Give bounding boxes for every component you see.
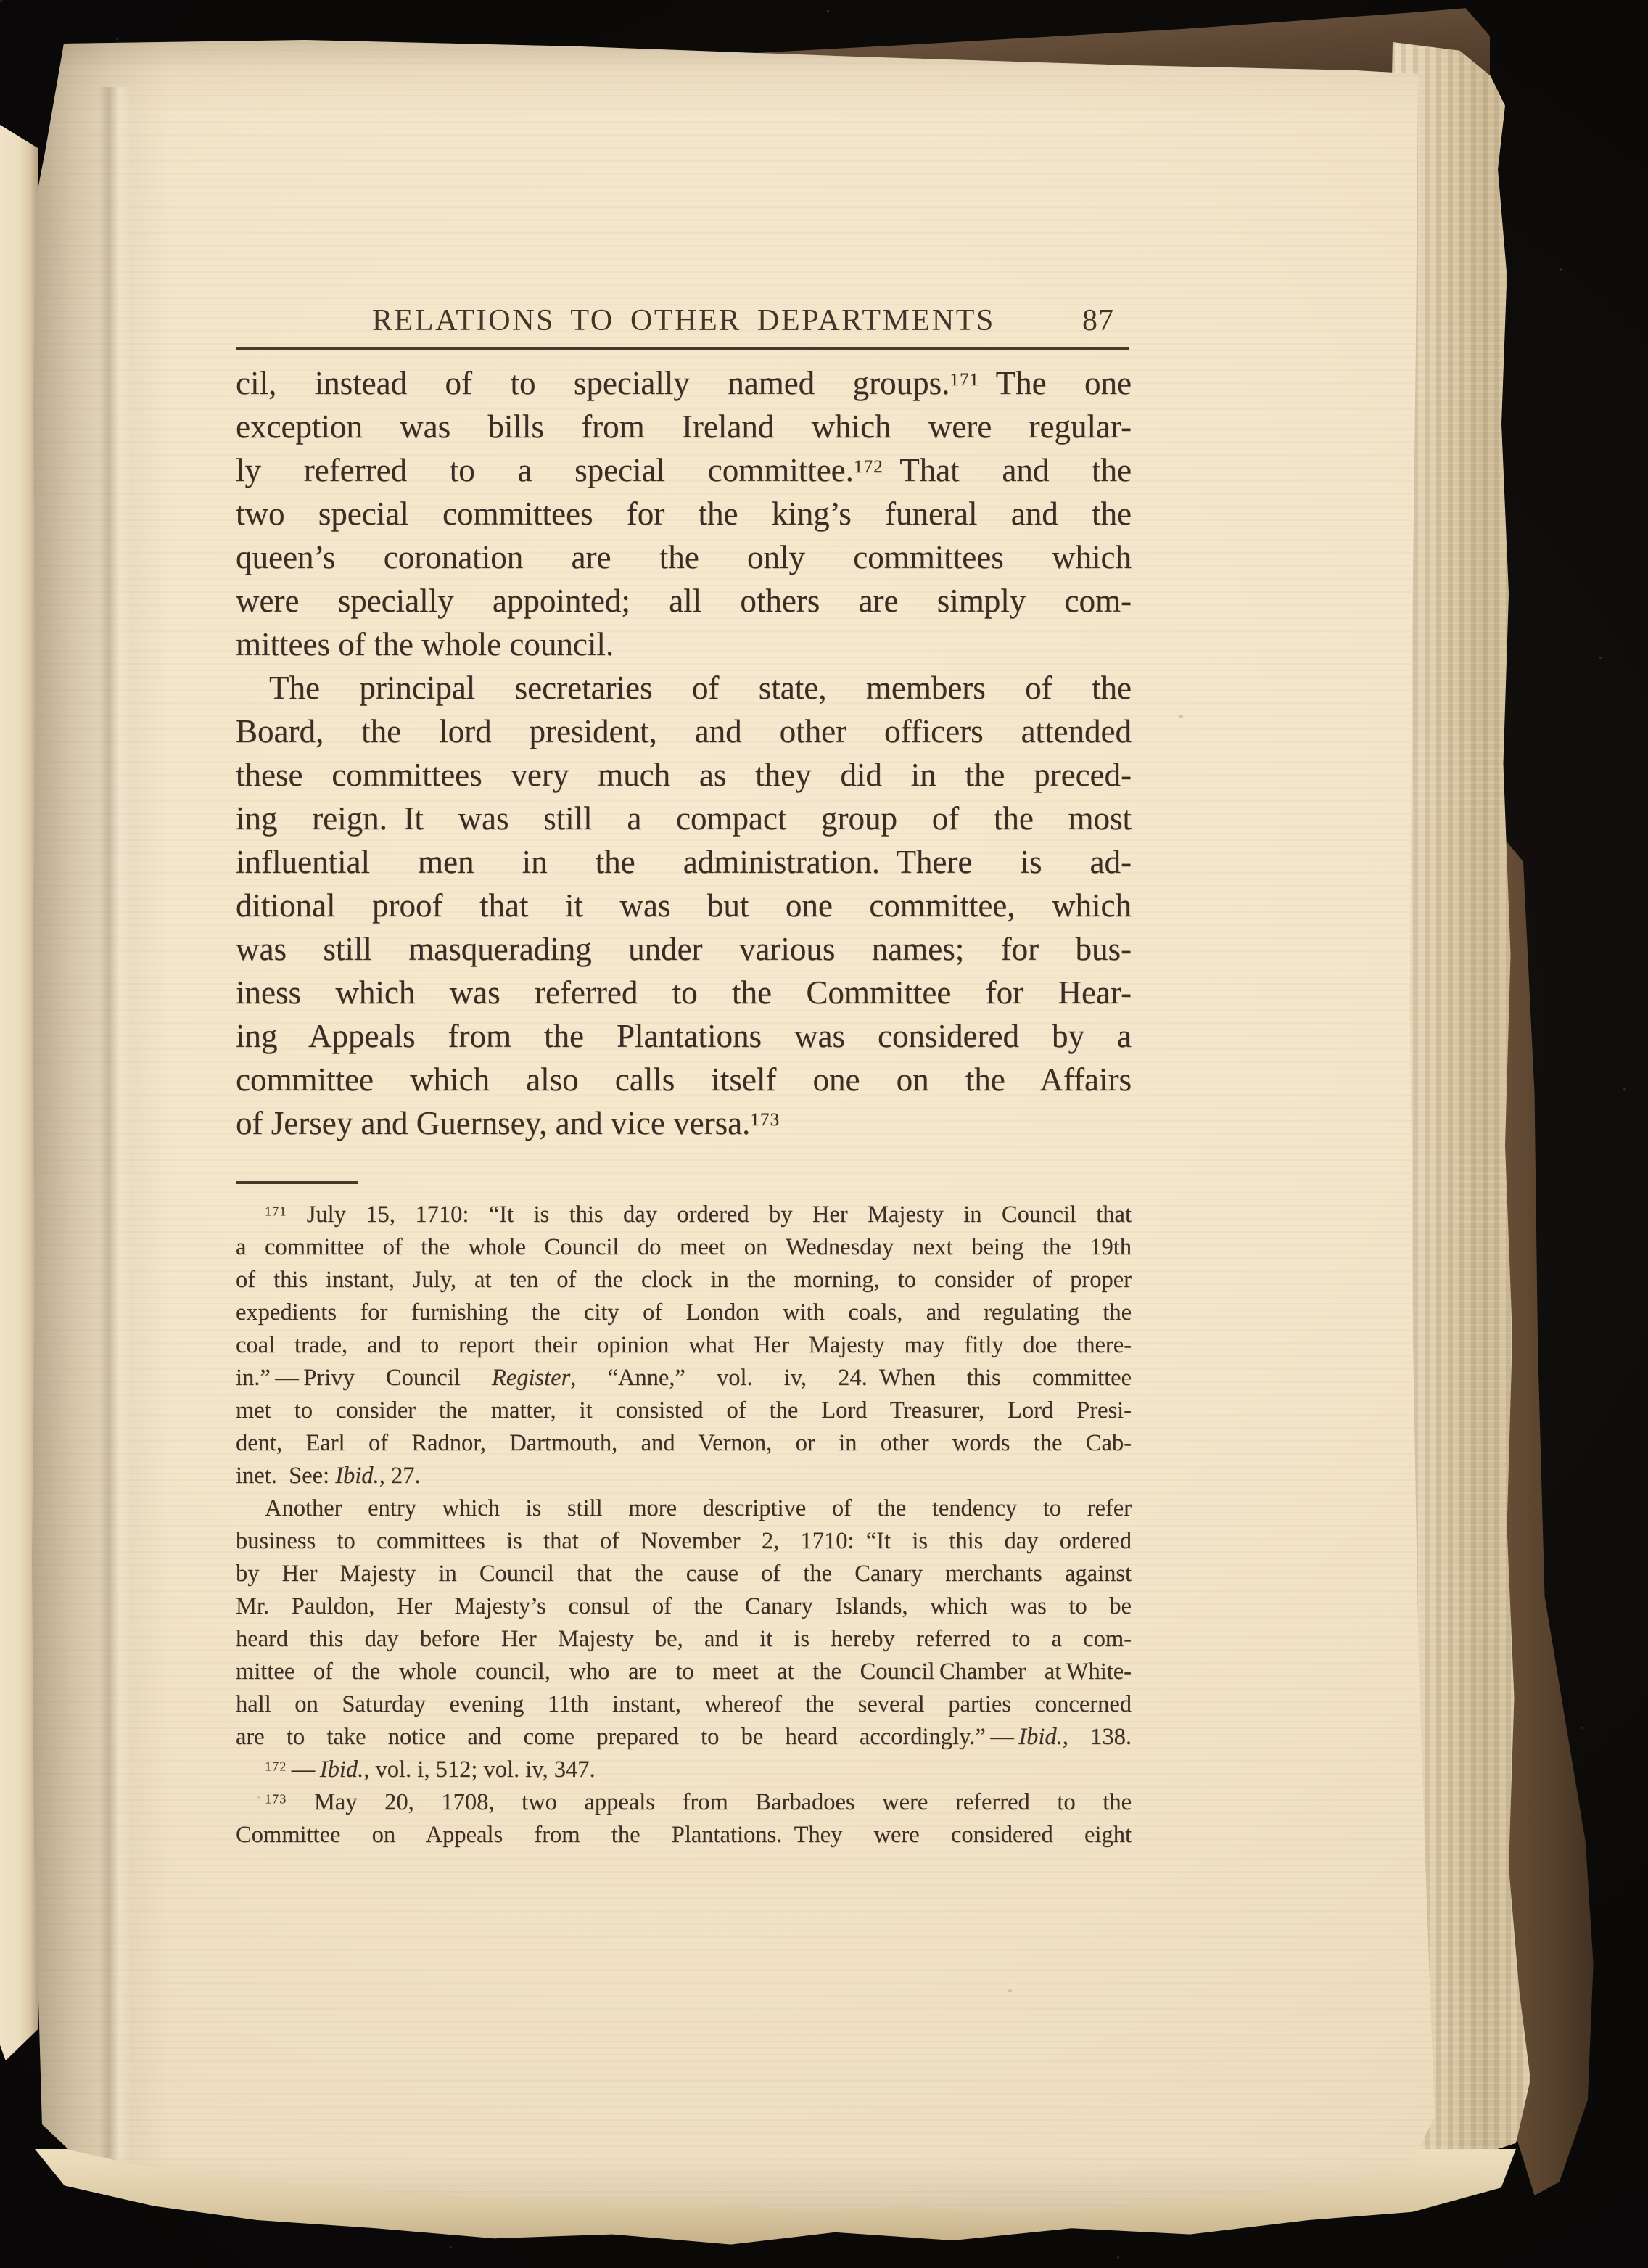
photo-background: RELATIONS TO OTHER DEPARTMENTS 87 cil, i… xyxy=(0,0,1648,2268)
text-line: a committee of the whole Council do meet… xyxy=(236,1231,1132,1264)
text-run: ing Appeals from the Plantations was con… xyxy=(236,1018,1132,1054)
text-run: mittee of the whole council, who are to … xyxy=(236,1659,1132,1685)
text-line: Another entry which is still more descri… xyxy=(236,1492,1132,1525)
text-run: committee which also calls itself one on… xyxy=(236,1061,1132,1098)
book-page: RELATIONS TO OTHER DEPARTMENTS 87 cil, i… xyxy=(29,36,1516,2220)
footnote-separator-rule xyxy=(236,1181,358,1184)
text-line: ing Appeals from the Plantations was con… xyxy=(236,1014,1132,1058)
text-run: influential men in the administration. T… xyxy=(236,844,1132,880)
text-run: a committee of the whole Council do meet… xyxy=(236,1234,1132,1260)
text-run: inet. See: xyxy=(236,1463,335,1489)
footnotes: 171 July 15, 1710: “It is this day order… xyxy=(236,1199,1132,1852)
text-line: two special committees for the king’s fu… xyxy=(236,492,1132,535)
text-run: queen’s coronation are the only committe… xyxy=(236,539,1132,575)
text-run: , vol. i, 512; vol. iv, 347. xyxy=(363,1757,595,1783)
text-run: , 138. xyxy=(1063,1724,1132,1750)
text-line: dent, Earl of Radnor, Dartmouth, and Ver… xyxy=(236,1427,1132,1460)
italic-text: Ibid. xyxy=(1018,1724,1062,1750)
text-run: Another entry which is still more descri… xyxy=(265,1495,1132,1521)
text-run: of this instant, July, at ten of the clo… xyxy=(236,1267,1132,1293)
text-run: The one xyxy=(979,365,1132,401)
text-line: business to committees is that of Novemb… xyxy=(236,1525,1132,1558)
text-run: hall on Saturday evening 11th instant, w… xyxy=(236,1691,1132,1717)
foxing-spot xyxy=(1008,1989,1012,1992)
text-run: ing reign. It was still a compact group … xyxy=(236,800,1132,837)
text-run: , 27. xyxy=(379,1463,421,1489)
text-run: business to committees is that of Novemb… xyxy=(236,1528,1132,1554)
text-run: two special committees for the king’s fu… xyxy=(236,496,1132,532)
text-line: influential men in the administration. T… xyxy=(236,840,1132,884)
foxing-spot xyxy=(1179,715,1183,718)
text-line: of Jersey and Guernsey, and vice versa.1… xyxy=(236,1101,1132,1145)
text-line: ly referred to a special committee.172 T… xyxy=(236,448,1132,492)
text-line: 172 — Ibid., vol. i, 512; vol. iv, 347. xyxy=(236,1754,1132,1786)
text-run: coal trade, and to report their opinion … xyxy=(236,1332,1132,1358)
text-run: The principal secretaries of state, memb… xyxy=(269,670,1132,706)
text-line: The principal secretaries of state, memb… xyxy=(236,666,1132,710)
text-line: ditional proof that it was but one commi… xyxy=(236,884,1132,927)
text-line: by Her Majesty in Council that the cause… xyxy=(236,1558,1132,1590)
text-line: in.” — Privy Council Register, “Anne,” v… xyxy=(236,1362,1132,1394)
text-run: July 15, 1710: “It is this day ordered b… xyxy=(287,1201,1132,1228)
text-run: heard this day before Her Majesty be, an… xyxy=(236,1626,1132,1652)
text-line: coal trade, and to report their opinion … xyxy=(236,1329,1132,1362)
text-line: 173 May 20, 1708, two appeals from Barba… xyxy=(236,1786,1132,1819)
text-run: cil, instead of to specially named group… xyxy=(236,365,949,401)
text-run: dent, Earl of Radnor, Dartmouth, and Ver… xyxy=(236,1430,1132,1456)
text-line: iness which was referred to the Committe… xyxy=(236,971,1132,1014)
text-run: Board, the lord president, and other off… xyxy=(236,713,1132,749)
running-header-title: RELATIONS TO OTHER DEPARTMENTS xyxy=(236,302,1132,340)
gutter-crease xyxy=(99,87,132,2169)
text-line: met to consider the matter, it consisted… xyxy=(236,1394,1132,1427)
text-run: May 20, 1708, two appeals from Barbadoes… xyxy=(287,1789,1132,1815)
text-line: hall on Saturday evening 11th instant, w… xyxy=(236,1688,1132,1721)
text-run: expedients for furnishing the city of Lo… xyxy=(236,1299,1132,1326)
text-line: expedients for furnishing the city of Lo… xyxy=(236,1297,1132,1329)
text-line: Committee on Appeals from the Plantation… xyxy=(236,1819,1132,1852)
text-run: ly referred to a special committee. xyxy=(236,452,854,488)
text-line: was still masquerading under various nam… xyxy=(236,927,1132,971)
text-line: 171 July 15, 1710: “It is this day order… xyxy=(236,1199,1132,1231)
footnote-marker: 173 xyxy=(750,1110,780,1130)
text-run: these committees very much as they did i… xyxy=(236,757,1132,793)
text-line: cil, instead of to specially named group… xyxy=(236,361,1132,405)
text-line: of this instant, July, at ten of the clo… xyxy=(236,1264,1132,1297)
text-line: ing reign. It was still a compact group … xyxy=(236,797,1132,840)
text-run: ditional proof that it was but one commi… xyxy=(236,887,1132,924)
text-run: was still masquerading under various nam… xyxy=(236,931,1132,967)
text-run: by Her Majesty in Council that the cause… xyxy=(236,1561,1132,1587)
text-line: these committees very much as they did i… xyxy=(236,753,1132,797)
running-header: RELATIONS TO OTHER DEPARTMENTS 87 xyxy=(236,302,1132,342)
text-line: were specially appointed; all others are… xyxy=(236,579,1132,623)
text-line: Mr. Pauldon, Her Majesty’s consul of the… xyxy=(236,1590,1132,1623)
footnote-marker: 172 xyxy=(265,1759,287,1773)
text-line: mittee of the whole council, who are to … xyxy=(236,1656,1132,1688)
text-line: committee which also calls itself one on… xyxy=(236,1058,1132,1101)
text-run: Committee on Appeals from the Plantation… xyxy=(236,1822,1132,1848)
text-run: are to take notice and come prepared to … xyxy=(236,1724,1018,1750)
text-line: Board, the lord president, and other off… xyxy=(236,710,1132,753)
text-line: inet. See: Ibid., 27. xyxy=(236,1460,1132,1492)
text-line: mittees of the whole council. xyxy=(236,623,1132,666)
footnote-marker: 172 xyxy=(854,457,883,477)
header-rule xyxy=(236,347,1129,350)
facing-page-edge xyxy=(0,125,38,2060)
text-line: exception was bills from Ireland which w… xyxy=(236,405,1132,448)
text-line: are to take notice and come prepared to … xyxy=(236,1721,1132,1754)
footnote-marker: 171 xyxy=(265,1204,287,1218)
text-run: of Jersey and Guernsey, and vice versa. xyxy=(236,1105,750,1141)
text-run: in.” — Privy Council xyxy=(236,1365,492,1391)
italic-text: Register xyxy=(492,1365,570,1391)
dust-specks xyxy=(0,0,2,2)
text-run: were specially appointed; all others are… xyxy=(236,583,1132,619)
text-run: met to consider the matter, it consisted… xyxy=(236,1397,1132,1423)
text-run: That and the xyxy=(883,452,1132,488)
text-run: mittees of the whole council. xyxy=(236,626,614,662)
footnote-marker: 173 xyxy=(265,1791,287,1806)
text-run: , “Anne,” vol. iv, 24. When this committ… xyxy=(570,1365,1132,1391)
footnote-marker: 171 xyxy=(949,370,979,390)
body-text: cil, instead of to specially named group… xyxy=(236,361,1132,1145)
italic-text: Ibid. xyxy=(335,1463,379,1489)
text-run: iness which was referred to the Committe… xyxy=(236,974,1132,1011)
text-run: exception was bills from Ireland which w… xyxy=(236,408,1132,445)
text-run: Mr. Pauldon, Her Majesty’s consul of the… xyxy=(236,1593,1132,1619)
italic-text: Ibid. xyxy=(320,1757,363,1783)
text-line: queen’s coronation are the only committe… xyxy=(236,535,1132,579)
text-line: heard this day before Her Majesty be, an… xyxy=(236,1623,1132,1656)
text-run: — xyxy=(287,1757,320,1783)
page-number: 87 xyxy=(1082,302,1114,340)
